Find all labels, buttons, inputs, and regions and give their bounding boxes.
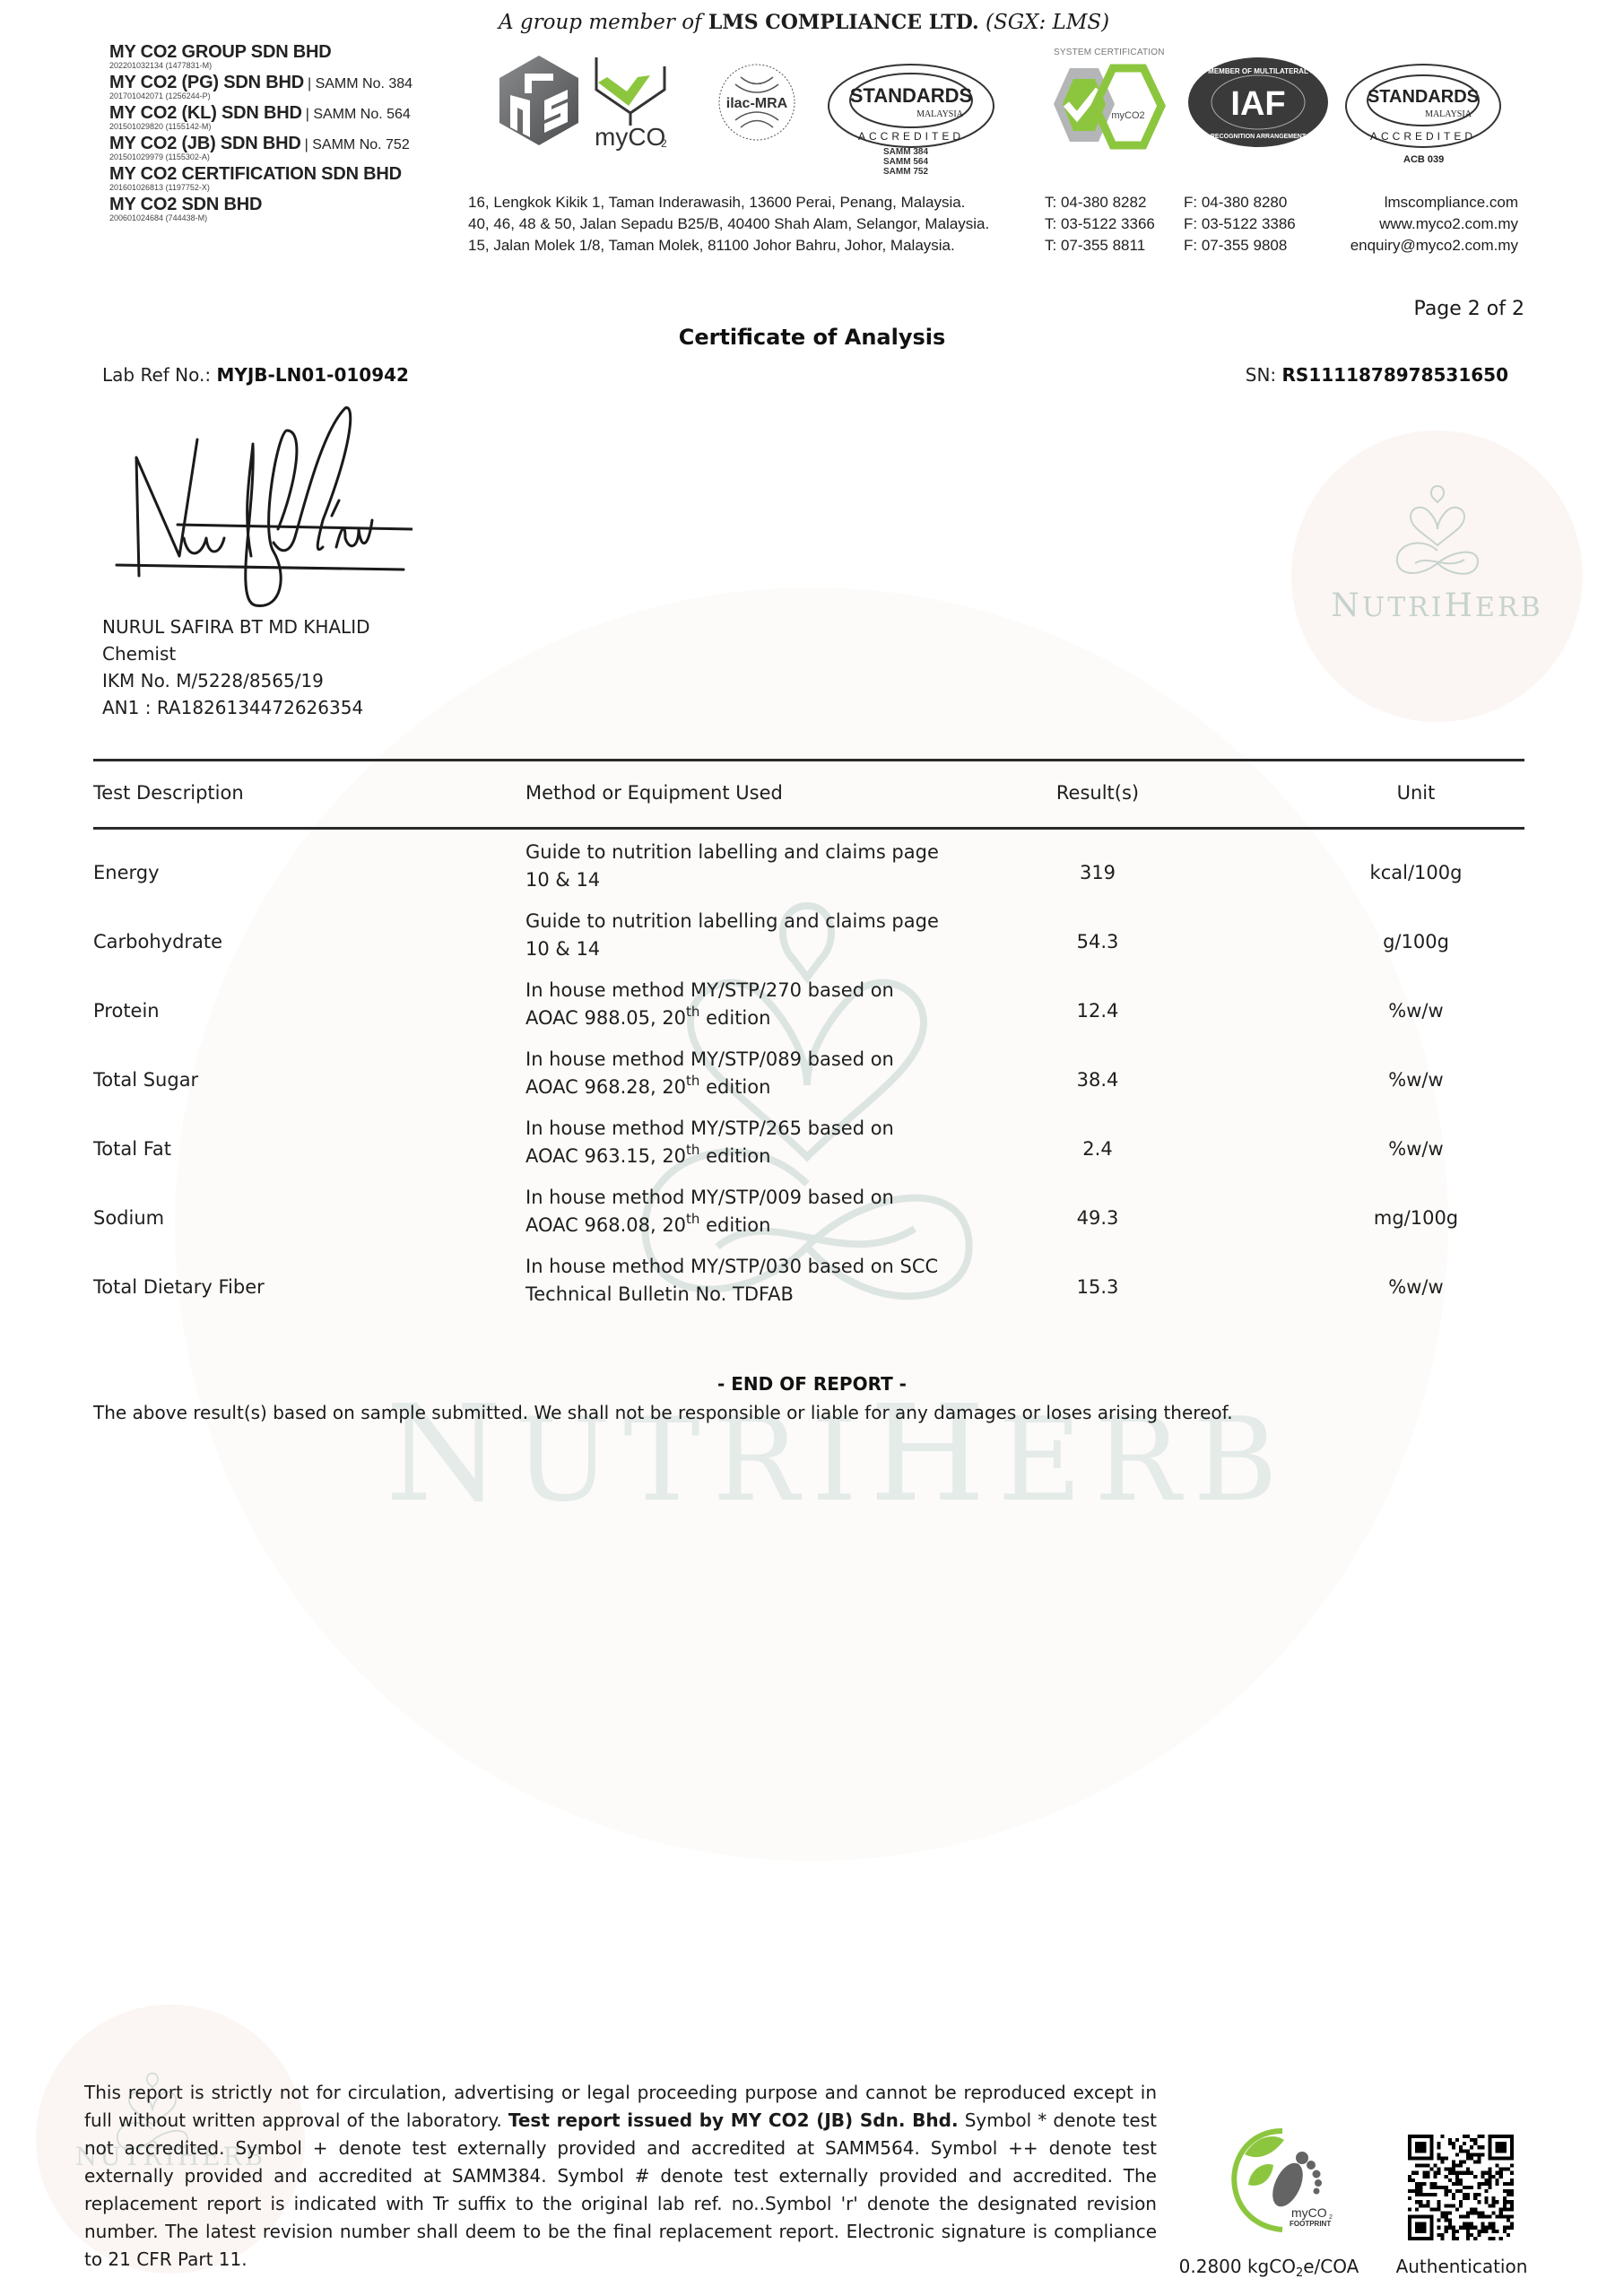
method-tail: edition (699, 1214, 770, 1236)
myco2-logo-icon: myCO 2 (587, 50, 677, 151)
signatory-ikm: IKM No. M/5228/8565/19 (102, 667, 370, 694)
company-name: MY CO2 (JB) SDN BHD (109, 134, 301, 153)
website-link[interactable]: lmscompliance.com (1291, 192, 1518, 213)
signatory-an1: AN1 : RA1826134472626354 (102, 694, 370, 721)
method-line: In house method MY/STP/265 based on (525, 1118, 894, 1139)
table-row: CarbohydrateGuide to nutrition labelling… (93, 908, 1524, 977)
table-top-rule (93, 759, 1524, 761)
test-result: 319 (1008, 862, 1187, 883)
myco2-footprint-logo-icon: myCO 2 FOOTPRINT (1229, 2127, 1340, 2233)
lab-ref-value: MYJB-LN01-010942 (216, 364, 408, 386)
authentication-qr-code[interactable] (1408, 2135, 1514, 2240)
phone-numbers: T: 04-380 8282 T: 03-5122 3366 T: 07-355… (1045, 192, 1155, 257)
company-registration: 201501029820 (1155142-M) (109, 123, 468, 131)
company-samm: | SAMM No. 752 (305, 137, 410, 152)
web-contacts: lmscompliance.com www.myco2.com.my enqui… (1291, 192, 1518, 257)
accreditation-logos: myCO 2 ilac-MRA STANDARDS MALAYSIA ACCRE… (498, 43, 1529, 178)
header-method: Method or Equipment Used (525, 782, 992, 804)
svg-text:MEMBER OF MULTILATERAL: MEMBER OF MULTILATERAL (1208, 67, 1308, 75)
method-superscript: th (686, 1211, 699, 1227)
test-description: Sodium (93, 1207, 164, 1229)
method-tail: edition (699, 1007, 770, 1029)
fax-line: F: 03-5122 3386 (1184, 213, 1296, 235)
company-entry: MY CO2 (KL) SDN BHD| SAMM No. 5642015010… (109, 104, 468, 131)
method-line: In house method MY/STP/030 based on SCC (525, 1256, 938, 1277)
table-row: ProteinIn house method MY/STP/270 based … (93, 977, 1524, 1046)
fax-line: F: 07-355 9808 (1184, 235, 1296, 257)
group-membership-line: A group member of LMS COMPLIANCE LTD. (S… (499, 11, 1109, 34)
signature-image (99, 404, 413, 610)
samm-item: SAMM 752 (883, 167, 928, 177)
test-result: 12.4 (1008, 1000, 1187, 1022)
test-unit: kcal/100g (1313, 862, 1519, 883)
header-unit: Unit (1313, 782, 1519, 804)
website-link[interactable]: www.myco2.com.my (1291, 213, 1518, 235)
table-row: SodiumIn house method MY/STP/009 based o… (93, 1184, 1524, 1253)
company-name: MY CO2 (KL) SDN BHD (109, 103, 302, 123)
fax-numbers: F: 04-380 8280 F: 03-5122 3386 F: 07-355… (1184, 192, 1296, 257)
company-registration: 201701042071 (1256244-P) (109, 92, 468, 100)
signatory-block: NURUL SAFIRA BT MD KHALID Chemist IKM No… (102, 613, 370, 721)
test-method: In house method MY/STP/009 based onAOAC … (525, 1184, 992, 1239)
svg-text:STANDARDS: STANDARDS (850, 84, 972, 107)
footer-legal-note: This report is strictly not for circulat… (84, 2079, 1157, 2274)
company-name: MY CO2 (PG) SDN BHD (109, 73, 304, 92)
company-registration: 201601026813 (1197752-X) (109, 184, 468, 192)
svg-text:ilac-MRA: ilac-MRA (726, 96, 788, 111)
company-entry: MY CO2 SDN BHD200601024684 (744438-M) (109, 196, 468, 222)
method-tail: edition (699, 1145, 770, 1167)
svg-text:MALAYSIA: MALAYSIA (1425, 109, 1472, 119)
svg-text:myCO2: myCO2 (1111, 110, 1144, 121)
table-row: Total Dietary FiberIn house method MY/ST… (93, 1253, 1524, 1322)
signatory-name: NURUL SAFIRA BT MD KHALID (102, 613, 370, 640)
company-name: MY CO2 CERTIFICATION SDN BHD (109, 164, 402, 184)
carbon-footprint-value: 0.2800 kgCO2e/COA (1166, 2256, 1372, 2280)
method-line: AOAC 988.05, 20 (525, 1007, 686, 1029)
page-number: Page 2 of 2 (1363, 298, 1524, 320)
nutriherb-logo-text: NUTRIHERB (1291, 587, 1583, 624)
method-tail: edition (699, 1076, 770, 1098)
test-unit: %w/w (1313, 1069, 1519, 1091)
footer-note-issuer: Test report issued by MY CO2 (JB) Sdn. B… (508, 2109, 959, 2131)
test-result: 38.4 (1008, 1069, 1187, 1091)
company-registration: 200601024684 (744438-M) (109, 214, 468, 222)
lab-ref: Lab Ref No.: MYJB-LN01-010942 (102, 364, 409, 386)
standards-malaysia-logo-icon: STANDARDS MALAYSIA ACCREDITED (825, 61, 997, 158)
method-superscript: th (686, 1142, 699, 1158)
method-line: In house method MY/STP/009 based on (525, 1187, 894, 1208)
company-name: MY CO2 SDN BHD (109, 195, 262, 214)
acb-code: ACB 039 (1403, 154, 1444, 165)
company-samm: | SAMM No. 564 (306, 107, 411, 122)
samm-item: SAMM 564 (883, 157, 928, 167)
test-result: 49.3 (1008, 1207, 1187, 1229)
lab-ref-label: Lab Ref No.: (102, 364, 211, 386)
nutriherb-logo-icon (1388, 484, 1487, 587)
test-description: Total Fat (93, 1138, 171, 1160)
results-table-body: EnergyGuide to nutrition labelling and c… (93, 839, 1524, 1322)
phone-line: T: 03-5122 3366 (1045, 213, 1155, 235)
svg-text:STANDARDS: STANDARDS (1368, 87, 1479, 107)
test-method: In house method MY/STP/270 based onAOAC … (525, 977, 992, 1032)
method-line: Technical Bulletin No. TDFAB (525, 1283, 794, 1305)
sn-value: RS1111878978531650 (1282, 364, 1508, 386)
iaf-logo-icon: IAF MEMBER OF MULTILATERAL RECOGNITION A… (1186, 56, 1330, 149)
ilac-mra-logo-icon: ilac-MRA (717, 59, 796, 145)
samm-item: SAMM 384 (883, 147, 928, 157)
footer-note-text: Symbol * denote test not accredited. Sym… (84, 2109, 1157, 2270)
group-prefix: A group member of (499, 11, 702, 34)
method-line: Guide to nutrition labelling and claims … (525, 841, 939, 863)
document-title: Certificate of Analysis (0, 325, 1624, 350)
svg-text:FOOTPRINT: FOOTPRINT (1290, 2220, 1331, 2228)
system-certification-logo-icon: myCO2 (1034, 59, 1168, 158)
test-unit: g/100g (1313, 931, 1519, 952)
company-entry: MY CO2 GROUP SDN BHD202201032134 (147783… (109, 43, 468, 70)
footprint-value-main: 0.2800 kgCO (1179, 2256, 1296, 2277)
test-unit: %w/w (1313, 1138, 1519, 1160)
method-line: AOAC 968.08, 20 (525, 1214, 686, 1236)
address-line: 16, Lengkok Kikik 1, Taman Inderawasih, … (468, 192, 989, 213)
fax-line: F: 04-380 8280 (1184, 192, 1296, 213)
test-method: Guide to nutrition labelling and claims … (525, 839, 992, 894)
qr-label: Authentication (1376, 2256, 1547, 2277)
method-line: Guide to nutrition labelling and claims … (525, 910, 939, 932)
svg-text:ACCREDITED: ACCREDITED (858, 130, 964, 143)
table-row: EnergyGuide to nutrition labelling and c… (93, 839, 1524, 908)
company-registration: 201501029979 (1155302-A) (109, 153, 468, 161)
test-result: 2.4 (1008, 1138, 1187, 1160)
table-row: Total SugarIn house method MY/STP/089 ba… (93, 1046, 1524, 1115)
svg-text:ACCREDITED: ACCREDITED (1370, 130, 1476, 143)
group-suffix: (SGX: LMS) (986, 11, 1109, 34)
method-superscript: th (686, 1073, 699, 1089)
samm-numbers: SAMM 384 SAMM 564 SAMM 752 (883, 147, 928, 177)
method-line: 10 & 14 (525, 869, 600, 891)
svg-text:IAF: IAF (1230, 85, 1285, 123)
email-link[interactable]: enquiry@myco2.com.my (1291, 235, 1518, 257)
method-superscript: th (686, 1004, 699, 1020)
method-line: In house method MY/STP/089 based on (525, 1048, 894, 1070)
test-method: In house method MY/STP/030 based on SCCT… (525, 1253, 992, 1309)
company-entry: MY CO2 (PG) SDN BHD| SAMM No. 3842017010… (109, 74, 468, 100)
nutriherb-watermark-text: NUTRIHERB (386, 1377, 1246, 1531)
test-unit: %w/w (1313, 1000, 1519, 1022)
end-of-report: - END OF REPORT - (0, 1373, 1624, 1395)
test-description: Total Sugar (93, 1069, 198, 1091)
test-unit: %w/w (1313, 1276, 1519, 1298)
serial-number: SN: RS1111878978531650 (1076, 364, 1508, 386)
table-row: Total FatIn house method MY/STP/265 base… (93, 1115, 1524, 1184)
footprint-value-unit: e/COA (1303, 2256, 1359, 2277)
table-header-rule (93, 827, 1524, 830)
company-entry: MY CO2 CERTIFICATION SDN BHD201601026813… (109, 165, 468, 192)
test-method: In house method MY/STP/265 based onAOAC … (525, 1115, 992, 1170)
svg-text:RECOGNITION ARRANGEMENT: RECOGNITION ARRANGEMENT (1211, 134, 1307, 140)
address-line: 15, Jalan Molek 1/8, Taman Molek, 81100 … (468, 235, 989, 257)
test-result: 54.3 (1008, 931, 1187, 952)
svg-text:myCO: myCO (1291, 2205, 1327, 2220)
header-result: Result(s) (1008, 782, 1187, 804)
company-name: MY CO2 GROUP SDN BHD (109, 42, 332, 62)
svg-text:myCO: myCO (595, 123, 665, 151)
test-description: Protein (93, 1000, 160, 1022)
test-unit: mg/100g (1313, 1207, 1519, 1229)
standards-malaysia-acb-logo-icon: STANDARDS MALAYSIA ACCREDITED (1342, 61, 1504, 154)
company-entry: MY CO2 (JB) SDN BHD| SAMM No. 7522015010… (109, 135, 468, 161)
footprint-value-subscript: 2 (1296, 2266, 1303, 2280)
sn-label: SN: (1246, 364, 1276, 386)
company-registration: 202201032134 (1477831-M) (109, 62, 468, 70)
signatory-role: Chemist (102, 640, 370, 667)
phone-line: T: 07-355 8811 (1045, 235, 1155, 257)
company-list: MY CO2 GROUP SDN BHD202201032134 (147783… (109, 43, 468, 226)
svg-text:2: 2 (661, 137, 667, 150)
results-disclaimer: The above result(s) based on sample subm… (93, 1402, 1233, 1423)
test-description: Carbohydrate (93, 931, 222, 952)
svg-text:MALAYSIA: MALAYSIA (916, 109, 964, 119)
group-name: LMS COMPLIANCE LTD. (708, 11, 979, 34)
lms-cube-logo-icon (498, 54, 580, 147)
test-method: In house method MY/STP/089 based onAOAC … (525, 1046, 992, 1101)
company-samm: | SAMM No. 384 (308, 76, 413, 91)
method-line: 10 & 14 (525, 938, 600, 960)
address-line: 40, 46, 48 & 50, Jalan Sepadu B25/B, 404… (468, 213, 989, 235)
test-description: Energy (93, 862, 160, 883)
method-line: AOAC 963.15, 20 (525, 1145, 686, 1167)
method-line: AOAC 968.28, 20 (525, 1076, 686, 1098)
test-description: Total Dietary Fiber (93, 1276, 265, 1298)
method-line: In house method MY/STP/270 based on (525, 979, 894, 1001)
phone-line: T: 04-380 8282 (1045, 192, 1155, 213)
addresses: 16, Lengkok Kikik 1, Taman Inderawasih, … (468, 192, 989, 257)
system-certification-label: SYSTEM CERTIFICATION (1054, 48, 1165, 57)
test-method: Guide to nutrition labelling and claims … (525, 908, 992, 963)
test-result: 15.3 (1008, 1276, 1187, 1298)
header-test-description: Test Description (93, 782, 244, 804)
